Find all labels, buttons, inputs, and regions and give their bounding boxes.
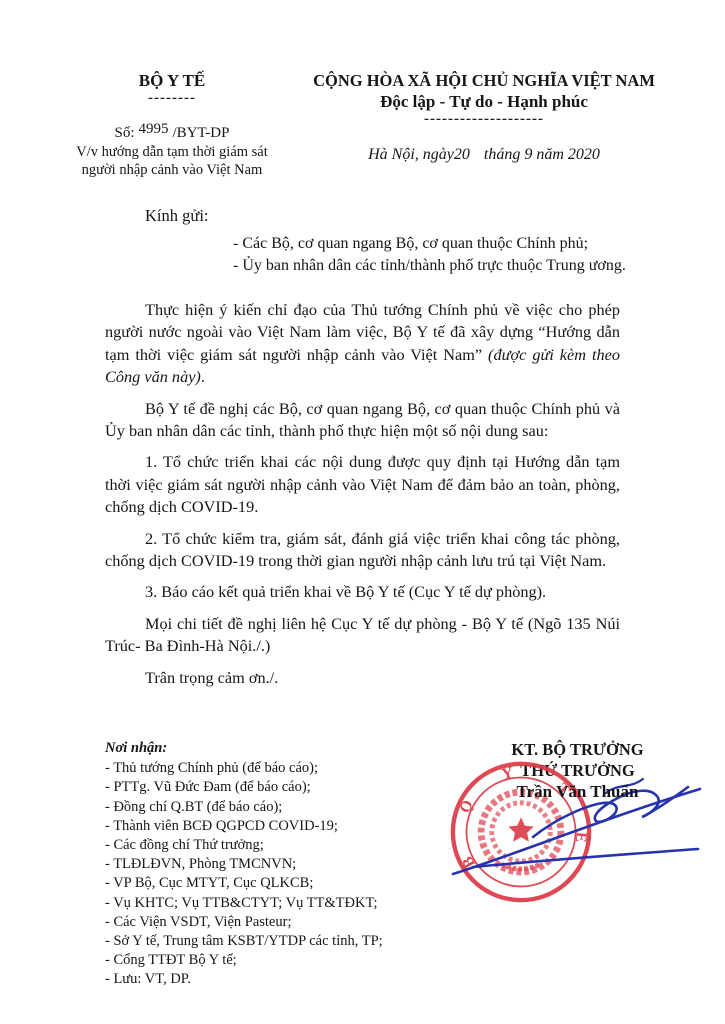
signer-name: Trần Văn Thuấn bbox=[430, 781, 725, 802]
signature-block: KT. BỘ TRƯỞNG THỨ TRƯỞNG B Ộ bbox=[430, 739, 725, 926]
body-item-3: 3. Báo cáo kết quả triển khai về Bộ Y tế… bbox=[105, 581, 620, 603]
date-prefix: Hà Nội, ngày bbox=[368, 146, 454, 163]
recipient-list: - Các Bộ, cơ quan ngang Bộ, cơ quan thuộ… bbox=[233, 233, 725, 277]
distribution-item: - Lưu: VT, DP. bbox=[105, 970, 435, 989]
body-paragraph-1: Thực hiện ý kiến chỉ đạo của Thủ tướng C… bbox=[105, 299, 620, 389]
doc-number-value: 4995 bbox=[135, 121, 173, 137]
signer-authority: KT. BỘ TRƯỞNG bbox=[430, 739, 725, 760]
body-paragraph-2: Bộ Y tế đề nghị các Bộ, cơ quan ngang Bộ… bbox=[105, 398, 620, 443]
distribution-item: - Các đồng chí Thứ trưởng; bbox=[105, 836, 435, 855]
place-date-line: Hà Nội, ngày20tháng 9 năm 2020 bbox=[302, 144, 666, 166]
document-subject: V/v hướng dẫn tạm thời giám sát người nh… bbox=[72, 144, 272, 179]
doc-number-suffix: /BYT-DP bbox=[173, 125, 230, 141]
motto: Độc lập - Tự do - Hạnh phúc bbox=[302, 91, 666, 112]
date-day: 20 bbox=[454, 146, 470, 163]
national-title: CỘNG HÒA XÃ HỘI CHỦ NGHĨA VIỆT NAM bbox=[302, 70, 666, 91]
official-letter-page: BỘ Y TẾ -------- Số:4995/BYT-DP V/v hướn… bbox=[0, 0, 725, 1024]
distribution-item: - Đồng chí Q.BT (để báo cáo); bbox=[105, 798, 435, 817]
doc-number-prefix: Số: bbox=[115, 125, 135, 141]
body-closing: Trân trọng cảm ơn./. bbox=[105, 667, 620, 689]
distribution-item: - Cổng TTĐT Bộ Y tế; bbox=[105, 951, 435, 970]
distribution-item: - Thành viên BCĐ QGPCD COVID-19; bbox=[105, 817, 435, 836]
date-rest: tháng 9 năm 2020 bbox=[484, 146, 600, 163]
distribution-item: - VP Bộ, Cục MTYT, Cục QLKCB; bbox=[105, 874, 435, 893]
document-number: Số:4995/BYT-DP bbox=[72, 123, 272, 143]
body-contact: Mọi chi tiết đề nghị liên hệ Cục Y tế dự… bbox=[105, 613, 620, 658]
distribution-item: - TLĐLĐVN, Phòng TMCNVN; bbox=[105, 855, 435, 874]
letter-header: BỘ Y TẾ -------- Số:4995/BYT-DP V/v hướn… bbox=[0, 0, 725, 179]
distribution-item: - Vụ KHTC; Vụ TTB&CTYT; Vụ TT&TĐKT; bbox=[105, 894, 435, 913]
distribution-item: - Các Viện VSDT, Viện Pasteur; bbox=[105, 913, 435, 932]
org-divider: -------- bbox=[72, 91, 272, 106]
distribution-item: - Thủ tướng Chính phủ (để báo cáo); bbox=[105, 759, 435, 778]
recipient-line: - Các Bộ, cơ quan ngang Bộ, cơ quan thuộ… bbox=[233, 233, 725, 255]
national-motto-block: CỘNG HÒA XÃ HỘI CHỦ NGHĨA VIỆT NAM Độc l… bbox=[302, 70, 666, 179]
recipient-line: - Ủy ban nhân dân các tỉnh/thành phố trự… bbox=[233, 255, 725, 277]
org-name: BỘ Y TẾ bbox=[72, 70, 272, 91]
distribution-label: Nơi nhận: bbox=[105, 739, 435, 757]
body-item-2: 2. Tổ chức kiểm tra, giám sát, đánh giá … bbox=[105, 528, 620, 573]
motto-divider: -------------------- bbox=[302, 112, 666, 127]
salutation: Kính gửi: bbox=[145, 205, 725, 227]
distribution-item: - Sở Y tế, Trung tâm KSBT/YTDP các tỉnh,… bbox=[105, 932, 435, 951]
letter-body: Thực hiện ý kiến chỉ đạo của Thủ tướng C… bbox=[105, 299, 620, 689]
seal-and-signature-area: B Ộ Y T Ế Trần Văn Th bbox=[430, 781, 725, 926]
distribution-item: - PTTg. Vũ Đức Đam (để báo cáo); bbox=[105, 778, 435, 797]
distribution-list: Nơi nhận: - Thủ tướng Chính phủ (để báo … bbox=[105, 739, 435, 989]
body-item-1: 1. Tổ chức triển khai các nội dung được … bbox=[105, 451, 620, 518]
para1-end: . bbox=[201, 367, 205, 386]
issuing-org-block: BỘ Y TẾ -------- Số:4995/BYT-DP V/v hướn… bbox=[72, 70, 272, 179]
letter-footer: Nơi nhận: - Thủ tướng Chính phủ (để báo … bbox=[0, 739, 725, 999]
